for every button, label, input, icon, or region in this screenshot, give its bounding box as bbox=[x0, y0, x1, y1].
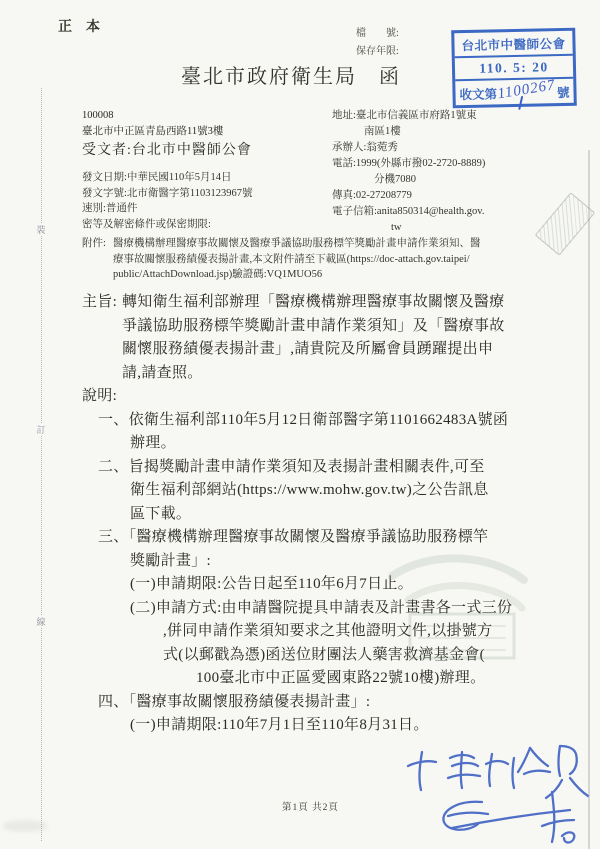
contact-address-cont: 南區1樓 bbox=[332, 124, 485, 140]
explanation-line: 獎勵計畫」: bbox=[82, 550, 524, 574]
explanation-line: 衛生福利部網站(https://www.mohw.gov.tw)之公告訊息 bbox=[82, 479, 524, 503]
retention-period-label: 保存年限: bbox=[356, 42, 399, 57]
recipient-address: 臺北市中正區青島西路11號3樓 bbox=[82, 124, 252, 140]
subject-line: 請,請查照。 bbox=[82, 362, 524, 386]
subject-block: 主旨: 轉知衛生福利部辦理「醫療機構辦理醫療事故關懷及醫療 爭議協助服務標竿獎勵… bbox=[82, 291, 524, 385]
subject-line: 爭議協助服務標竿獎勵計畫申請作業須知」及「醫療事故 bbox=[82, 315, 524, 339]
explanation-line: ,併同申請作業須知要求之其他證明文件,以掛號方 bbox=[82, 620, 524, 644]
subject-line: 轉知衛生福利部辦理「醫療機構辦理醫療事故關懷及醫療 bbox=[82, 291, 524, 315]
issue-number-line: 發文字號:北市衛醫字第1103123967號 bbox=[82, 186, 253, 202]
recipient-block: 100008 臺北市中正區青島西路11號3樓 受文者:台北市中醫師公會 bbox=[82, 108, 252, 159]
subject-label: 主旨: bbox=[82, 291, 117, 315]
stamp-org-name: 台北市中醫師公會 bbox=[454, 31, 572, 58]
issue-date-line: 發文日期:中華民國110年5月14日 bbox=[82, 170, 253, 186]
stamp-receipt-row: 收文第 號 1100267 bbox=[455, 79, 573, 105]
contact-block: 地址:臺北市信義區市府路1號東 南區1樓 承辦人:翁菀秀 電話:1999(外縣市… bbox=[332, 108, 485, 236]
scan-edge-line bbox=[588, 150, 590, 849]
file-number-label: 檔 號: bbox=[356, 25, 399, 42]
page-indicator: 第1頁 共2頁 bbox=[282, 799, 339, 813]
explanation-line: (一)申請期限:110年7月1日至110年8月31日。 bbox=[82, 714, 524, 738]
letter-body: 主旨: 轉知衛生福利部辦理「醫療機構辦理醫療事故關懷及醫療 爭議協助服務標竿獎勵… bbox=[82, 291, 524, 738]
explanation-line: 100臺北市中正區愛國東路22號10樓)辦理。 bbox=[82, 667, 524, 691]
contact-person-line: 承辦人:翁菀秀 bbox=[332, 140, 485, 156]
handwritten-note bbox=[392, 740, 592, 849]
binding-mark-ding: 訂 bbox=[33, 424, 49, 436]
document-meta-block: 發文日期:中華民國110年5月14日 發文字號:北市衛醫字第1103123967… bbox=[82, 170, 253, 232]
explanation-line: (一)申請期限:公告日起至110年6月7日止。 bbox=[82, 573, 524, 597]
contact-fax-line: 傳真:02-27208779 bbox=[332, 188, 485, 204]
attachment-block: 附件: 醫療機構辦理醫療事故關懷及醫療爭議協助服務標竿獎勵計畫申請作業須知、醫 … bbox=[82, 236, 522, 283]
scan-smudge bbox=[2, 820, 48, 832]
stamp-received-date: 110. 5: 20 bbox=[455, 56, 573, 81]
received-stamp: 台北市中醫師公會 110. 5: 20 收文第 號 1100267 bbox=[451, 28, 577, 109]
faint-edge-stamp bbox=[535, 192, 596, 255]
explanation-line: 二、旨揭獎勵計畫申請作業須知及表揚計畫相關表件,可至 bbox=[82, 456, 524, 480]
copy-type-label: 正 本 bbox=[58, 16, 100, 36]
explanation-line: 辦理。 bbox=[82, 432, 524, 456]
explanation-line: 式(以郵戳為憑)函送位財團法人藥害救濟基金會( bbox=[82, 644, 524, 668]
explanation-line: 三、「醫療機構辦理醫療事故關懷及醫療爭議協助服務標竿 bbox=[82, 526, 524, 550]
explanation-line: 一、依衛生福利部110年5月12日衛部醫字第1101662483A號函 bbox=[82, 409, 524, 433]
explanation-label: 說明: bbox=[82, 385, 524, 409]
postal-code: 100008 bbox=[82, 108, 252, 124]
scanned-official-letter: 裝 訂 線 正 本 檔 號: 保存年限: 臺北市政府衛生局 函 台北市中醫師公會… bbox=[0, 0, 600, 849]
handwritten-receipt-number: 1100267 bbox=[496, 77, 556, 103]
attachment-line: public/AttachDownload.jsp)驗證碼:VQ1MUO56 bbox=[82, 267, 522, 283]
contact-extension-line: 分機7080 bbox=[332, 172, 485, 188]
explanation-line: (二)申請方式:由申請醫院提具申請表及計畫書各一式三份 bbox=[82, 597, 524, 621]
binding-dotted-line bbox=[41, 88, 42, 841]
attachment-line: 醫療機構辦理醫療事故關懷及醫療爭議協助服務標竿獎勵計畫申請作業須知、醫 bbox=[82, 236, 522, 252]
subject-line: 關懷服務績優表揚計畫」,請貴院及所屬會員踴躍提出申 bbox=[82, 338, 524, 362]
attachment-label: 附件: bbox=[82, 236, 106, 252]
contact-address-line: 地址:臺北市信義區市府路1號東 bbox=[332, 108, 485, 124]
stamp-receipt-prefix: 收文第 bbox=[459, 84, 497, 102]
binding-mark-zhuang: 裝 bbox=[33, 224, 49, 236]
attachment-line: 療事故關懷服務績優表揚計畫,本文附件請至下載區(https://doc-atta… bbox=[82, 252, 522, 268]
secrecy-line: 密等及解密條件或保密期限: bbox=[82, 217, 253, 233]
contact-phone-line: 電話:1999(外縣市撥02-2720-8889) bbox=[332, 156, 485, 172]
contact-email-line: 電子信箱:anita850314@health.gov. bbox=[332, 204, 485, 220]
explanation-line: 區下載。 bbox=[82, 503, 524, 527]
explanation-line: 四、「醫療事故關懷服務績優表揚計畫」: bbox=[82, 691, 524, 715]
recipient-name-line: 受文者:台北市中醫師公會 bbox=[82, 143, 252, 159]
speed-class-line: 速別:普通件 bbox=[82, 201, 253, 217]
contact-email-cont: tw bbox=[332, 220, 485, 236]
stamp-receipt-suffix: 號 bbox=[557, 83, 570, 100]
binding-mark-xian: 線 bbox=[33, 616, 49, 628]
